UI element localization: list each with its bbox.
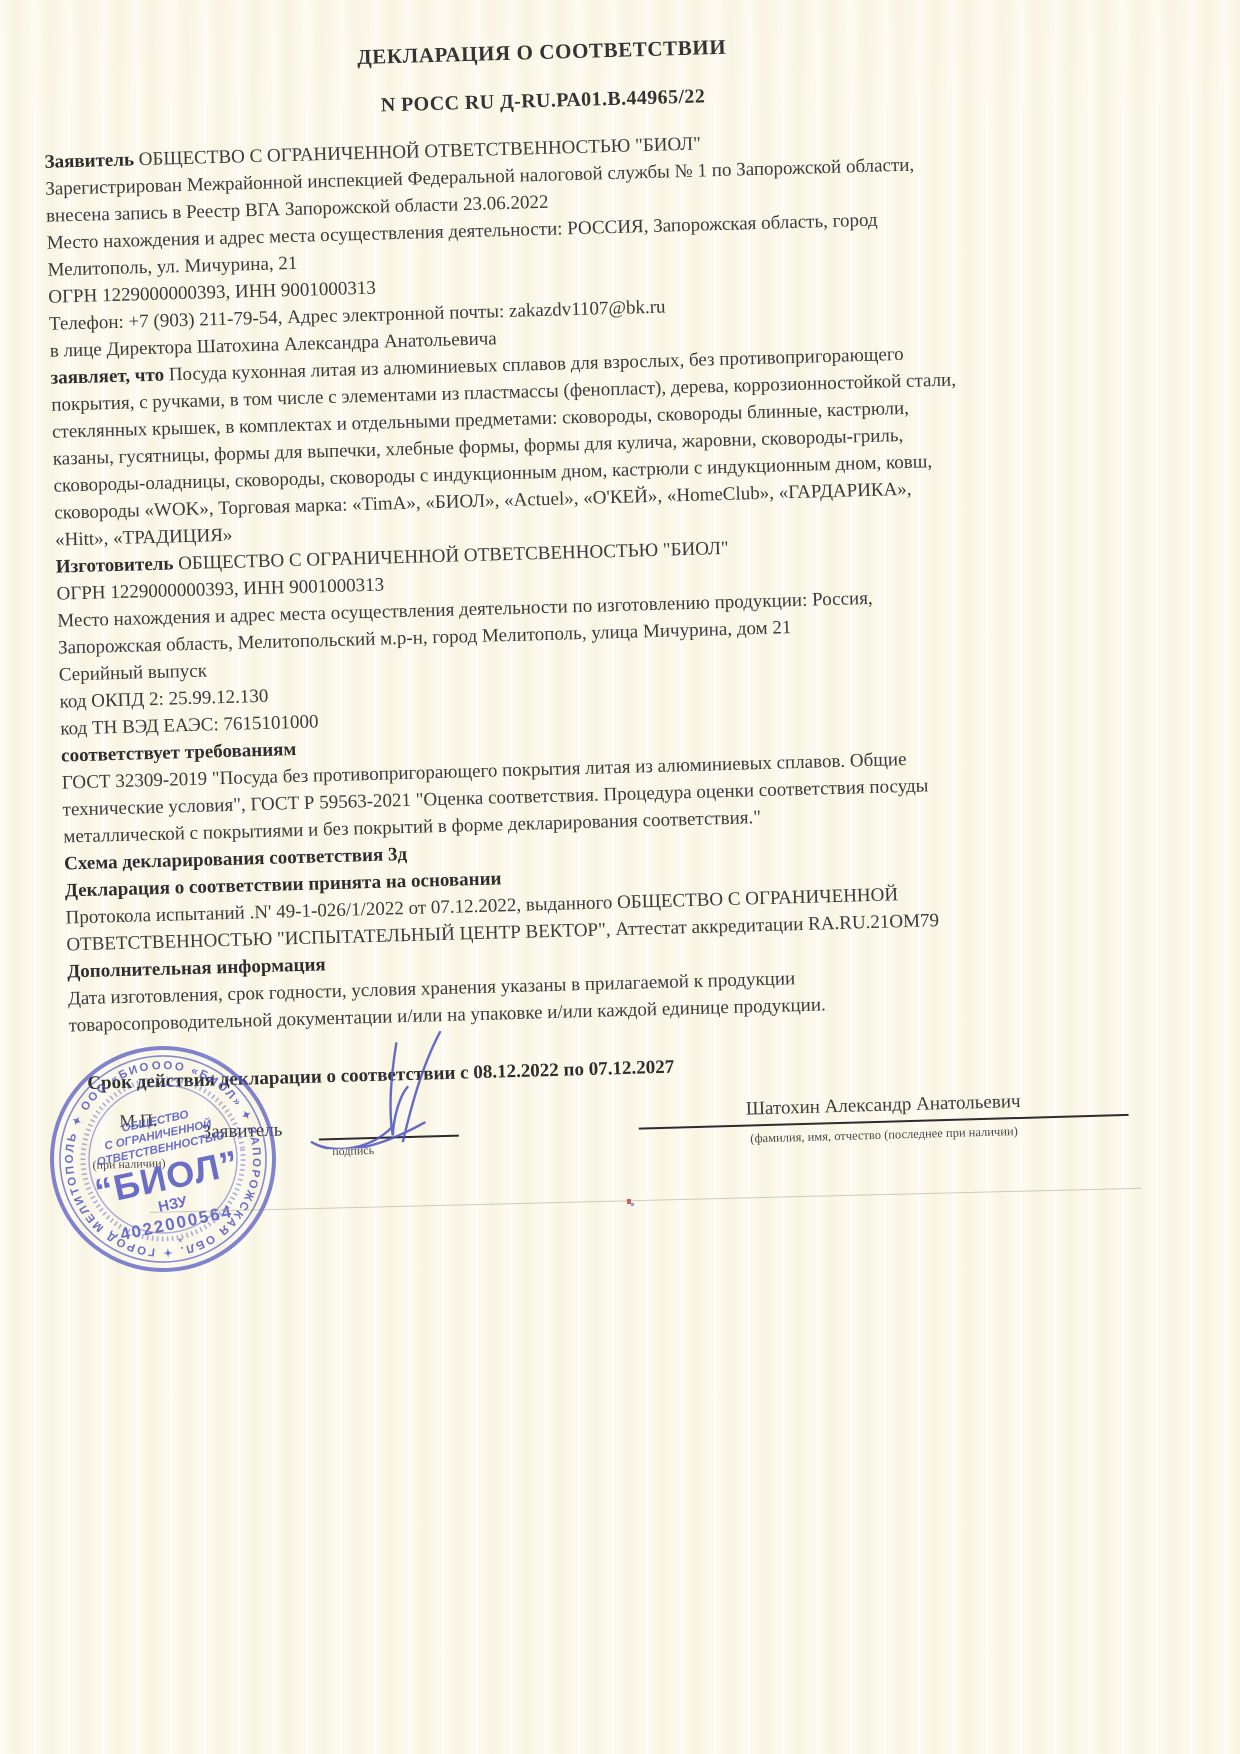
document-line-text: «Hitt», «ТРАДИЦИЯ» bbox=[55, 525, 233, 551]
document-line-text: код ОКПД 2: 25.99.12.130 bbox=[59, 686, 268, 713]
scanned-page-content: ДЕКЛАРАЦИЯ О СООТВЕТСТВИИ N РОСС RU Д-RU… bbox=[0, 0, 1240, 1753]
scan-speck-blue bbox=[631, 1203, 634, 1206]
document-line-keyword: Изготовитель bbox=[56, 553, 179, 577]
document-line-keyword: Дополнительная информация bbox=[67, 954, 326, 982]
document-line-text: Мелитополь, ул. Мичурина, 21 bbox=[47, 253, 297, 281]
signatory-name: Шатохин Александр Анатольевич bbox=[638, 1088, 1128, 1124]
document-line-keyword: Заявитель bbox=[44, 149, 139, 173]
declaration-document: { "page": { "paper_color": "#fbf8ea", "i… bbox=[0, 0, 1240, 1754]
document-line-text: код ТН ВЭД ЕАЭС: 7615101000 bbox=[60, 711, 319, 739]
document-number: N РОСС RU Д-RU.РА01.В.44965/22 bbox=[43, 76, 1043, 127]
document-title: ДЕКЛАРАЦИЯ О СООТВЕТСТВИИ bbox=[42, 26, 1042, 79]
document-body: Заявитель ОБЩЕСТВО С ОГРАНИЧЕННОЙ ОТВЕТС… bbox=[44, 118, 1158, 1039]
document-line-text: Серийный выпуск bbox=[59, 660, 208, 685]
document-line-keyword: соответствует требованиям bbox=[61, 739, 297, 767]
document-line-keyword: заявляет, что bbox=[50, 364, 169, 388]
company-round-stamp: ООО «БИОЛ» ✦ ЗАПОРОЖСКАЯ ОБЛ. ✦ ГОРОД МЕ… bbox=[33, 1029, 294, 1290]
handwritten-signature bbox=[272, 1026, 465, 1151]
